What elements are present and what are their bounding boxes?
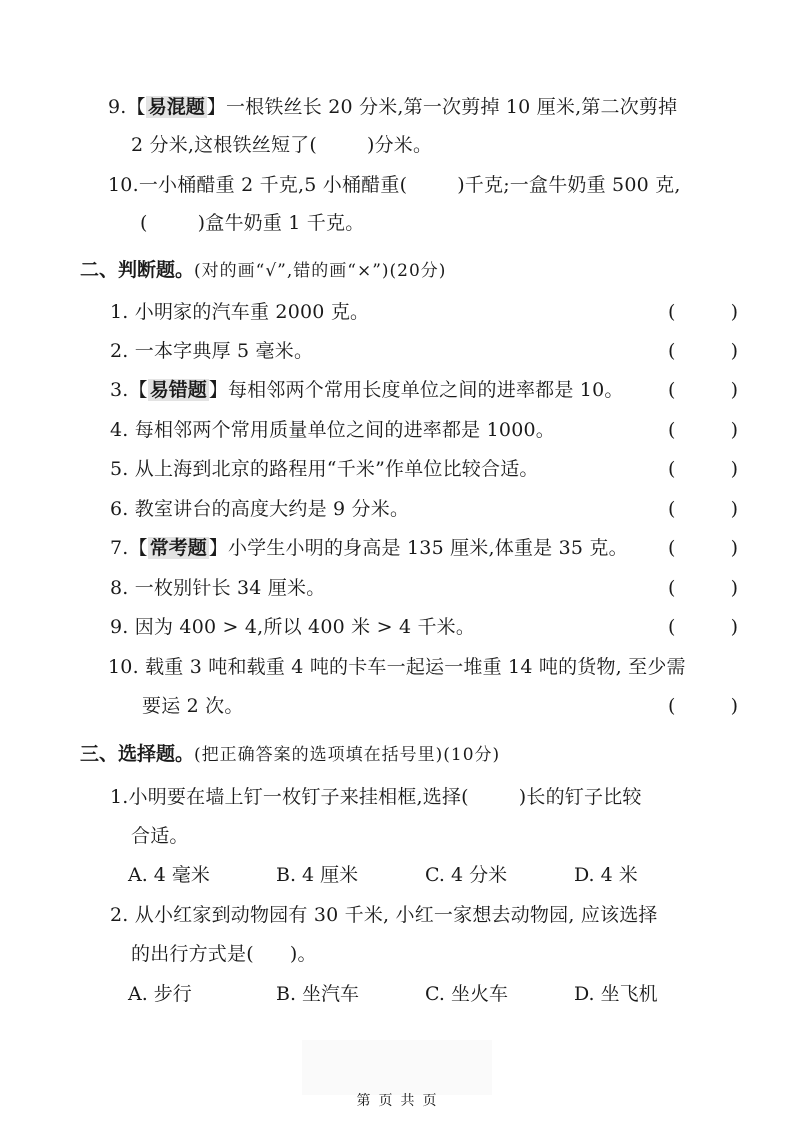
answer-paren-6[interactable]: () <box>668 497 738 521</box>
question-text: 合适。 <box>131 825 189 847</box>
question-tag-error-prone: 易错题 <box>148 379 209 401</box>
question-tag-common: 常考题 <box>148 537 209 559</box>
footer-shade <box>302 1040 492 1095</box>
judge-item-5: 5. 从上海到北京的路程用“千米”作单位比较合适。 <box>110 457 539 481</box>
judge-item-9: 9. 因为 400 > 4,所以 400 米 > 4 千米。 <box>110 615 475 639</box>
paren-open: ( <box>668 615 675 639</box>
answer-paren-10[interactable]: () <box>668 694 738 718</box>
paren-close: ) <box>731 694 738 718</box>
option-b[interactable]: B. 坐汽车 <box>276 982 359 1006</box>
judge-item-10: 10. 载重 3 吨和载重 4 吨的卡车一起运一堆重 14 吨的货物, 至少需 <box>108 655 686 679</box>
question-text: 从小红家到动物园有 30 千米, 小红一家想去动物园, 应该选择 <box>135 904 658 926</box>
choice-question-2-line2: 的出行方式是()。 <box>131 942 317 966</box>
question-number: 9. <box>110 616 129 638</box>
fill-question-9-line2: 2 分米,这根铁丝短了()分米。 <box>131 133 432 157</box>
choice-question-2-options: A. 步行 B. 坐汽车 C. 坐火车 D. 坐飞机 <box>128 982 688 1006</box>
paren-open: ( <box>668 300 675 324</box>
tag-bracket-open: 【 <box>129 379 148 401</box>
question-number: 2. <box>110 340 129 362</box>
tag-bracket-close: 】 <box>209 537 228 559</box>
question-number: 10. <box>108 656 139 678</box>
judge-item-4: 4. 每相邻两个常用质量单位之间的进率都是 1000。 <box>110 418 555 442</box>
paren-close: ) <box>731 536 738 560</box>
judge-item-8: 8. 一枚别针长 34 厘米。 <box>110 576 325 600</box>
question-text: 教室讲台的高度大约是 9 分米。 <box>135 498 409 520</box>
question-text: 一根铁丝长 20 分米,第一次剪掉 10 厘米,第二次剪掉 <box>226 96 677 118</box>
question-text: )分米。 <box>367 134 432 156</box>
choice-question-1-options: A. 4 毫米 B. 4 厘米 C. 4 分米 D. 4 米 <box>128 863 688 887</box>
question-text: 载重 3 吨和载重 4 吨的卡车一起运一堆重 14 吨的货物, 至少需 <box>145 656 686 678</box>
paren-open: ( <box>668 418 675 442</box>
question-text: 的出行方式是( <box>131 943 254 965</box>
choice-question-1-line1: 1.小明要在墙上钉一枚钉子来挂相框,选择()长的钉子比较 <box>110 785 642 809</box>
paren-open: ( <box>668 457 675 481</box>
question-tag-confusing: 易混题 <box>146 96 207 118</box>
question-number: 2. <box>110 904 129 926</box>
paren-close: ) <box>731 615 738 639</box>
paren-open: ( <box>668 576 675 600</box>
paren-close: ) <box>731 497 738 521</box>
section-2-heading: 二、判断题。(对的画“√”,错的画“×”)(20分) <box>80 258 446 283</box>
question-text: ( <box>140 212 148 234</box>
question-number: 6. <box>110 498 129 520</box>
question-number: 1. <box>110 301 129 323</box>
paren-close: ) <box>731 418 738 442</box>
option-d[interactable]: D. 坐飞机 <box>574 982 658 1006</box>
paren-close: ) <box>731 339 738 363</box>
tag-bracket-close: 】 <box>209 379 228 401</box>
section-title: 三、选择题。 <box>80 743 194 765</box>
option-a[interactable]: A. 4 毫米 <box>128 863 210 887</box>
question-text: 一小桶醋重 2 千克,5 小桶醋重( <box>139 174 407 196</box>
paren-open: ( <box>668 497 675 521</box>
question-number: 7. <box>110 537 129 559</box>
question-text: 一枚别针长 34 厘米。 <box>135 577 326 599</box>
judge-item-6: 6. 教室讲台的高度大约是 9 分米。 <box>110 497 409 521</box>
judge-item-7: 7.【常考题】小学生小明的身高是 135 厘米,体重是 35 克。 <box>110 536 628 560</box>
question-text: 从上海到北京的路程用“千米”作单位比较合适。 <box>135 458 539 480</box>
question-number: 4. <box>110 419 129 441</box>
tag-bracket-open: 【 <box>127 96 146 118</box>
page-footer: 第页共页 <box>0 1092 793 1110</box>
question-text: 小学生小明的身高是 135 厘米,体重是 35 克。 <box>228 537 628 559</box>
question-text: 因为 400 > 4,所以 400 米 > 4 千米。 <box>135 616 475 638</box>
paren-close: ) <box>731 378 738 402</box>
question-number: 1. <box>110 786 129 808</box>
footer-text: 共 <box>401 1093 415 1109</box>
question-number: 9. <box>108 96 127 118</box>
paren-open: ( <box>668 339 675 363</box>
question-text: 每相邻两个常用长度单位之间的进率都是 10。 <box>228 379 624 401</box>
question-text: 小明家的汽车重 2000 克。 <box>135 301 369 323</box>
judge-item-1: 1. 小明家的汽车重 2000 克。 <box>110 300 369 324</box>
question-text: )盒牛奶重 1 千克。 <box>198 212 365 234</box>
judge-item-3: 3.【易错题】每相邻两个常用长度单位之间的进率都是 10。 <box>110 378 624 402</box>
answer-paren-4[interactable]: () <box>668 418 738 442</box>
paren-close: ) <box>731 457 738 481</box>
fill-question-9-line1: 9.【易混题】一根铁丝长 20 分米,第一次剪掉 10 厘米,第二次剪掉 <box>108 95 677 119</box>
section-title: 二、判断题。 <box>80 259 194 281</box>
answer-paren-2[interactable]: () <box>668 339 738 363</box>
option-c[interactable]: C. 4 分米 <box>425 863 507 887</box>
paren-open: ( <box>668 378 675 402</box>
judge-item-10-line2: 要运 2 次。 <box>142 694 244 718</box>
answer-paren-5[interactable]: () <box>668 457 738 481</box>
choice-question-2-line1: 2. 从小红家到动物园有 30 千米, 小红一家想去动物园, 应该选择 <box>110 903 658 927</box>
answer-paren-9[interactable]: () <box>668 615 738 639</box>
footer-text: 页 <box>423 1093 437 1109</box>
paren-close: ) <box>731 300 738 324</box>
judge-item-2: 2. 一本字典厚 5 毫米。 <box>110 339 313 363</box>
fill-question-10-line2: ()盒牛奶重 1 千克。 <box>140 211 364 235</box>
option-a[interactable]: A. 步行 <box>128 982 192 1006</box>
option-c[interactable]: C. 坐火车 <box>425 982 508 1006</box>
paren-open: ( <box>668 694 675 718</box>
option-b[interactable]: B. 4 厘米 <box>276 863 358 887</box>
question-text: 一本字典厚 5 毫米。 <box>135 340 313 362</box>
answer-paren-3[interactable]: () <box>668 378 738 402</box>
tag-bracket-close: 】 <box>207 96 226 118</box>
footer-text: 页 <box>379 1093 393 1109</box>
option-d[interactable]: D. 4 米 <box>574 863 638 887</box>
answer-paren-7[interactable]: () <box>668 536 738 560</box>
question-text: )。 <box>290 943 317 965</box>
tag-bracket-open: 【 <box>129 537 148 559</box>
answer-paren-8[interactable]: () <box>668 576 738 600</box>
section-instruction: (把正确答案的选项填在括号里)(10分) <box>194 745 500 765</box>
fill-question-10-line1: 10.一小桶醋重 2 千克,5 小桶醋重()千克;一盒牛奶重 500 克, <box>108 173 681 197</box>
section-3-heading: 三、选择题。(把正确答案的选项填在括号里)(10分) <box>80 742 500 767</box>
question-text: )千克;一盒牛奶重 500 克, <box>457 174 680 196</box>
question-text: 小明要在墙上钉一枚钉子来挂相框,选择( <box>129 786 469 808</box>
question-text: 每相邻两个常用质量单位之间的进率都是 1000。 <box>135 419 555 441</box>
question-number: 8. <box>110 577 129 599</box>
question-number: 3. <box>110 379 129 401</box>
choice-question-1-line2: 合适。 <box>131 824 189 848</box>
question-text: )长的钉子比较 <box>519 786 642 808</box>
question-text: 2 分米,这根铁丝短了( <box>131 134 317 156</box>
question-number: 10. <box>108 174 139 196</box>
footer-text: 第 <box>357 1093 371 1109</box>
question-number: 5. <box>110 458 129 480</box>
question-text: 要运 2 次。 <box>142 695 244 717</box>
section-instruction: (对的画“√”,错的画“×”)(20分) <box>194 261 446 281</box>
paren-close: ) <box>731 576 738 600</box>
paren-open: ( <box>668 536 675 560</box>
exam-page: 9.【易混题】一根铁丝长 20 分米,第一次剪掉 10 厘米,第二次剪掉 2 分… <box>0 0 793 1122</box>
answer-paren-1[interactable]: () <box>668 300 738 324</box>
